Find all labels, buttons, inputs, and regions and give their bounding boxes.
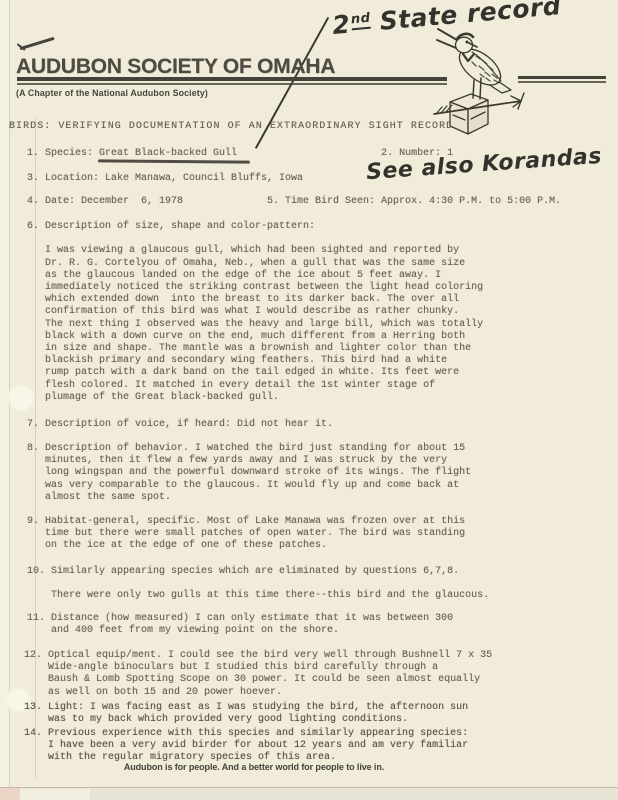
section-previous-experience: 14. Previous experience with this specie… (24, 728, 468, 765)
species-value: Great Black-backed Gull (99, 148, 237, 159)
letterhead-rule (17, 77, 447, 81)
section-similar-species: 10. Similarly appearing species which ar… (27, 566, 489, 603)
state-record-number: 2 (331, 9, 351, 39)
organization-name: AUDUBON SOCIETY OF OMAHA (16, 54, 335, 79)
section-behavior: 8. Description of behavior. I watched th… (27, 443, 471, 504)
section-distance: 11. Distance (how measured) I can only e… (27, 613, 453, 637)
scanned-document-page: 2ndState record AUDUBON SOCIETY OF OMAHA… (0, 0, 618, 800)
scan-bottom-edge (0, 787, 618, 800)
handwritten-species-underline (98, 159, 250, 163)
section-voice: 7. Description of voice, if heard: Did n… (27, 419, 333, 431)
section-light: 13. Light: I was facing east as I was st… (24, 702, 468, 726)
scan-bottom-edge-highlight (18, 789, 90, 800)
form-title: BIRDS: VERIFYING DOCUMENTATION OF AN EXT… (9, 121, 453, 133)
meadowlark-logo-illustration (424, 22, 530, 140)
letterhead-rule-right-thin (518, 81, 606, 83)
scan-corner-fragment (0, 788, 20, 800)
section-optical-equipment: 12. Optical equip/ment. I could see the … (24, 650, 492, 699)
field-date-and-time: 4. Date: December 6, 1978 5. Time Bird S… (27, 196, 561, 208)
section-description-size-shape-color: 6. Description of size, shape and color-… (27, 221, 483, 404)
letterhead-rule-thin (17, 83, 447, 85)
chapter-subtitle: (A Chapter of the National Audubon Socie… (16, 88, 208, 98)
footer-slogan: Audubon is for people. And a better worl… (124, 762, 384, 772)
state-record-ordinal: nd (350, 11, 371, 31)
field-location: 3. Location: Lake Manawa, Council Bluffs… (27, 173, 303, 185)
species-label: 1. Species: (27, 148, 99, 159)
letterhead-rule-right (518, 76, 606, 79)
section-habitat: 9. Habitat-general, specific. Most of La… (27, 516, 465, 553)
